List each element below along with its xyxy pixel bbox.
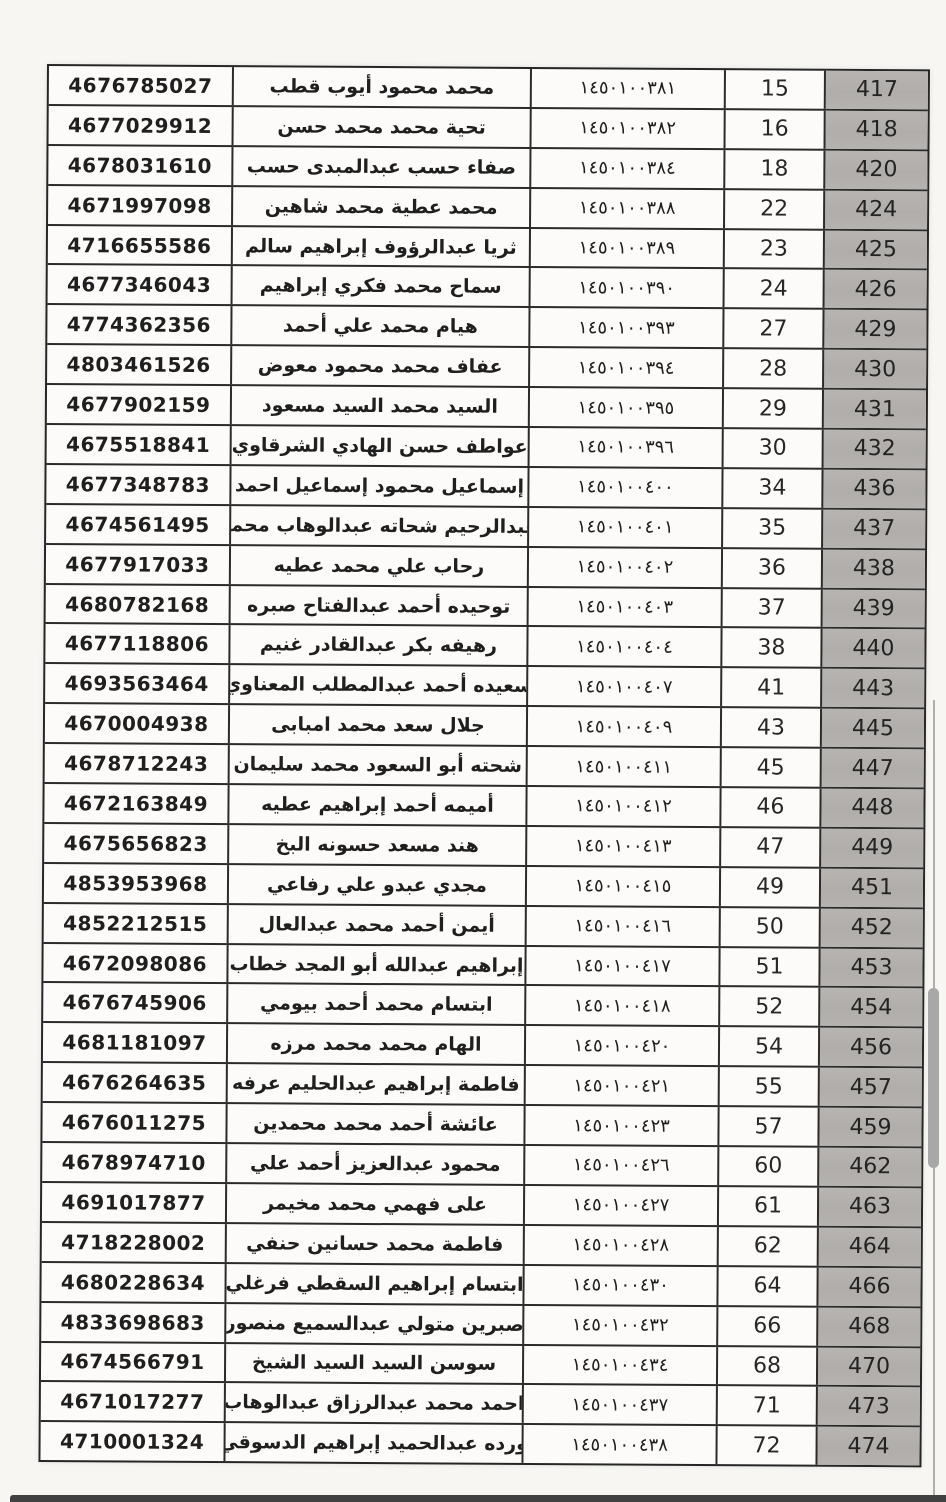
national-id-cell: 4674566791 <box>41 1342 224 1381</box>
name-cell: عبدالرحيم شحاته عبدالوهاب محمد <box>229 506 527 546</box>
sequence-number-cell: 66 <box>716 1307 816 1346</box>
sequence-number-cell: 55 <box>718 1067 818 1106</box>
sequence-number-cell: 60 <box>717 1147 817 1186</box>
table-row: 4670004938 جلال سعد محمد امبابى ١٤٥٠١٠٠٤… <box>45 704 924 749</box>
table-row: 4671017277 احمد محمد عبدالرزاق عبدالوهاب… <box>41 1382 920 1427</box>
roster-table: 4676785027 محمد محمود أيوب قطب ١٤٥٠١٠٠٣٨… <box>38 64 930 1467</box>
name-cell: هند مسعد حسونه البخ <box>227 825 525 865</box>
certificate-number-cell: ١٤٥٠١٠٠٣٩٤ <box>528 348 722 387</box>
sequence-number-cell: 36 <box>721 549 821 588</box>
serial-number-cell: 424 <box>823 190 927 229</box>
national-id-cell: 4852212515 <box>44 904 227 943</box>
table-row: 4774362356 هيام محمد علي أحمد ١٤٥٠١٠٠٣٩٣… <box>47 305 926 350</box>
table-row: 4710001324 ورده عبدالحميد إبراهيم الدسوق… <box>40 1422 919 1465</box>
sequence-number-cell: 64 <box>716 1267 816 1306</box>
sequence-number-cell: 47 <box>719 828 819 867</box>
name-cell: ابتسام إبراهيم السقطي فرغلي <box>224 1264 522 1304</box>
table-row: 4676745906 ابتسام محمد أحمد بيومي ١٤٥٠١٠… <box>43 983 922 1028</box>
national-id-cell: 4677348783 <box>46 465 229 504</box>
certificate-number-cell: ١٤٥٠١٠٠٤٣٤ <box>522 1345 716 1384</box>
serial-number-cell: 438 <box>821 549 925 588</box>
national-id-cell: 4693563464 <box>45 664 228 703</box>
serial-number-cell: 418 <box>823 111 927 150</box>
national-id-cell: 4676785027 <box>49 66 232 105</box>
serial-number-cell: 473 <box>816 1387 920 1426</box>
name-cell: شحته أبو السعود محمد سليمان <box>228 745 526 785</box>
table-row: 4674561495 عبدالرحيم شحاته عبدالوهاب محم… <box>46 505 925 550</box>
certificate-number-cell: ١٤٥٠١٠٠٤٠٩ <box>526 707 720 746</box>
sequence-number-cell: 43 <box>720 708 820 747</box>
sequence-number-cell: 28 <box>722 349 822 388</box>
table-row: 4680782168 توحيده أحمد عبدالفتاح صبره ١٤… <box>46 585 925 630</box>
sequence-number-cell: 22 <box>723 190 823 229</box>
name-cell: السيد محمد السيد مسعود <box>230 386 528 426</box>
name-cell: رهيفه بكر عبدالقادر غنيم <box>228 626 526 666</box>
national-id-cell: 4803461526 <box>47 345 230 384</box>
table-row: 4680228634 ابتسام إبراهيم السقطي فرغلي ١… <box>41 1263 920 1308</box>
national-id-cell: 4675656823 <box>44 824 227 863</box>
certificate-number-cell: ١٤٥٠١٠٠٣٩٣ <box>528 308 722 347</box>
table-row: 4676785027 محمد محمود أيوب قطب ١٤٥٠١٠٠٣٨… <box>49 66 928 111</box>
table-row: 4691017877 على فهمي محمد مخيمر ١٤٥٠١٠٠٤٢… <box>42 1183 921 1228</box>
serial-number-cell: 470 <box>816 1347 920 1386</box>
serial-number-cell: 468 <box>816 1307 920 1346</box>
national-id-cell: 4833698683 <box>41 1303 224 1342</box>
name-cell: مجدي عبدو علي رفاعي <box>227 865 525 905</box>
national-id-cell: 4676745906 <box>43 983 226 1022</box>
serial-number-cell: 445 <box>820 709 924 748</box>
table-row: 4672098086 إبراهيم عبدالله أبو المجد خطا… <box>43 944 922 989</box>
serial-number-cell: 466 <box>816 1267 920 1306</box>
name-cell: عائشة أحمد محمد محمدين <box>225 1104 523 1144</box>
sequence-number-cell: 15 <box>724 70 824 109</box>
serial-number-cell: 459 <box>817 1108 921 1147</box>
name-cell: على فهمي محمد مخيمر <box>225 1184 523 1224</box>
certificate-number-cell: ١٤٥٠١٠٠٣٩٠ <box>529 268 723 307</box>
certificate-number-cell: ١٤٥٠١٠٠٤٠٤ <box>526 627 720 666</box>
certificate-number-cell: ١٤٥٠١٠٠٤٢٨ <box>523 1226 717 1265</box>
certificate-number-cell: ١٤٥٠١٠٠٤٠٧ <box>526 667 720 706</box>
serial-number-cell: 448 <box>819 789 923 828</box>
national-id-cell: 4676011275 <box>42 1103 225 1142</box>
table-row: 4675518841 عواطف حسن الهادي الشرقاوي ١٤٥… <box>47 425 926 470</box>
sequence-number-cell: 38 <box>720 629 820 668</box>
certificate-number-cell: ١٤٥٠١٠٠٣٨٩ <box>529 229 723 268</box>
national-id-cell: 4677118806 <box>45 624 228 663</box>
certificate-number-cell: ١٤٥٠١٠٠٤٢٦ <box>523 1146 717 1185</box>
serial-number-cell: 462 <box>817 1148 921 1187</box>
name-cell: محمد عطية محمد شاهين <box>231 187 529 227</box>
serial-number-cell: 425 <box>823 230 927 269</box>
table-row: 4677917033 رحاب علي محمد عطيه ١٤٥٠١٠٠٤٠٢… <box>46 545 925 590</box>
table-row: 4675656823 هند مسعد حسونه البخ ١٤٥٠١٠٠٤١… <box>44 824 923 869</box>
name-cell: ورده عبدالحميد إبراهيم الدسوقي <box>223 1423 521 1463</box>
certificate-number-cell: ١٤٥٠١٠٠٤٠١ <box>527 508 721 547</box>
serial-number-cell: 437 <box>821 510 925 549</box>
name-cell: توحيده أحمد عبدالفتاح صبره <box>229 586 527 626</box>
sequence-number-cell: 62 <box>717 1227 817 1266</box>
national-id-cell: 4677902159 <box>47 385 230 424</box>
serial-number-cell: 454 <box>818 988 922 1027</box>
serial-number-cell: 417 <box>824 71 928 110</box>
national-id-cell: 4774362356 <box>47 305 230 344</box>
name-cell: هيام محمد علي أحمد <box>230 306 528 346</box>
national-id-cell: 4672163849 <box>44 784 227 823</box>
serial-number-cell: 440 <box>820 629 924 668</box>
name-cell: فاطمة إبراهيم عبدالحليم عرفه <box>226 1064 524 1104</box>
sequence-number-cell: 72 <box>715 1426 815 1465</box>
serial-number-cell: 451 <box>819 869 923 908</box>
serial-number-cell: 474 <box>815 1427 919 1466</box>
sequence-number-cell: 51 <box>718 948 818 987</box>
national-id-cell: 4680782168 <box>46 585 229 624</box>
certificate-number-cell: ١٤٥٠١٠٠٤٠٠ <box>527 468 721 507</box>
name-cell: إسماعيل محمود إسماعيل احمد <box>229 466 527 506</box>
sequence-number-cell: 57 <box>717 1107 817 1146</box>
table-row: 4678712243 شحته أبو السعود محمد سليمان ١… <box>45 744 924 789</box>
national-id-cell: 4691017877 <box>42 1183 225 1222</box>
table-row: 4718228002 فاطمة محمد حسانين حنفي ١٤٥٠١٠… <box>42 1223 921 1268</box>
sequence-number-cell: 45 <box>720 748 820 787</box>
name-cell: تحية محمد محمد حسن <box>232 107 530 147</box>
sequence-number-cell: 54 <box>718 1027 818 1066</box>
certificate-number-cell: ١٤٥٠١٠٠٤٠٢ <box>527 548 721 587</box>
table-row: 4677348783 إسماعيل محمود إسماعيل احمد ١٤… <box>46 465 925 510</box>
certificate-number-cell: ١٤٥٠١٠٠٤٣٨ <box>521 1425 715 1464</box>
sequence-number-cell: 50 <box>719 908 819 947</box>
sequence-number-cell: 29 <box>722 389 822 428</box>
name-cell: أيمن أحمد محمد عبدالعال <box>227 905 525 945</box>
national-id-cell: 4677346043 <box>48 265 231 304</box>
serial-number-cell: 463 <box>817 1188 921 1227</box>
name-cell: صبرين متولي عبدالسميع منصور <box>224 1304 522 1344</box>
table-row: 4671997098 محمد عطية محمد شاهين ١٤٥٠١٠٠٣… <box>48 186 927 231</box>
name-cell: ثريا عبدالرؤوف إبراهيم سالم <box>231 227 529 267</box>
certificate-number-cell: ١٤٥٠١٠٠٤٣٠ <box>522 1266 716 1305</box>
serial-number-cell: 456 <box>818 1028 922 1067</box>
national-id-cell: 4677029912 <box>49 106 232 145</box>
table-row: 4677346043 سماح محمد فكري إبراهيم ١٤٥٠١٠… <box>48 265 927 310</box>
name-cell: عفاف محمد محمود معوض <box>230 346 528 386</box>
certificate-number-cell: ١٤٥٠١٠٠٤٢٠ <box>524 1026 718 1065</box>
name-cell: ابتسام محمد أحمد بيومي <box>226 985 524 1025</box>
serial-number-cell: 464 <box>817 1228 921 1267</box>
sequence-number-cell: 68 <box>716 1347 816 1386</box>
name-cell: رحاب علي محمد عطيه <box>229 546 527 586</box>
serial-number-cell: 429 <box>822 310 926 349</box>
serial-number-cell: 426 <box>823 270 927 309</box>
table-row: 4681181097 الهام محمد محمد مرزه ١٤٥٠١٠٠٤… <box>43 1023 922 1068</box>
scrollbar-thumb[interactable] <box>928 988 939 1168</box>
table-row: 4677902159 السيد محمد السيد مسعود ١٤٥٠١٠… <box>47 385 926 430</box>
name-cell: فاطمة محمد حسانين حنفي <box>225 1224 523 1264</box>
serial-number-cell: 431 <box>822 390 926 429</box>
table-row: 4676011275 عائشة أحمد محمد محمدين ١٤٥٠١٠… <box>42 1103 921 1148</box>
sequence-number-cell: 71 <box>716 1387 816 1426</box>
serial-number-cell: 432 <box>822 430 926 469</box>
certificate-number-cell: ١٤٥٠١٠٠٤١٥ <box>525 867 719 906</box>
table-row: 4677029912 تحية محمد محمد حسن ١٤٥٠١٠٠٣٨٢… <box>49 106 928 151</box>
certificate-number-cell: ١٤٥٠١٠٠٣٨٤ <box>529 149 723 188</box>
certificate-number-cell: ١٤٥٠١٠٠٤١١ <box>526 747 720 786</box>
name-cell: سماح محمد فكري إبراهيم <box>231 267 529 307</box>
certificate-number-cell: ١٤٥٠١٠٠٣٨٢ <box>530 109 724 148</box>
serial-number-cell: 449 <box>819 829 923 868</box>
certificate-number-cell: ١٤٥٠١٠٠٣٩٥ <box>528 388 722 427</box>
serial-number-cell: 457 <box>818 1068 922 1107</box>
national-id-cell: 4672098086 <box>43 944 226 983</box>
certificate-number-cell: ١٤٥٠١٠٠٣٩٦ <box>528 428 722 467</box>
national-id-cell: 4710001324 <box>40 1422 223 1461</box>
table-row: 4677118806 رهيفه بكر عبدالقادر غنيم ١٤٥٠… <box>45 624 924 669</box>
national-id-cell: 4681181097 <box>43 1023 226 1062</box>
sequence-number-cell: 24 <box>723 270 823 309</box>
certificate-number-cell: ١٤٥٠١٠٠٤٠٣ <box>527 588 721 627</box>
serial-number-cell: 443 <box>820 669 924 708</box>
certificate-number-cell: ١٤٥٠١٠٠٤١٨ <box>524 986 718 1025</box>
table-row: 4674566791 سوسن السيد السيد الشيخ ١٤٥٠١٠… <box>41 1342 920 1387</box>
serial-number-cell: 420 <box>823 151 927 190</box>
table-row: 4676264635 فاطمة إبراهيم عبدالحليم عرفه … <box>43 1063 922 1108</box>
certificate-number-cell: ١٤٥٠١٠٠٤٢٣ <box>523 1106 717 1145</box>
serial-number-cell: 453 <box>818 948 922 987</box>
table-row: 4678974710 محمود عبدالعزيز أحمد علي ١٤٥٠… <box>42 1143 921 1188</box>
certificate-number-cell: ١٤٥٠١٠٠٤٣٢ <box>522 1306 716 1345</box>
sequence-number-cell: 23 <box>723 230 823 269</box>
certificate-number-cell: ١٤٥٠١٠٠٣٨١ <box>530 69 724 108</box>
name-cell: أميمه أحمد إبراهيم عطيه <box>227 785 525 825</box>
national-id-cell: 4677917033 <box>46 545 229 584</box>
name-cell: احمد محمد عبدالرزاق عبدالوهاب <box>224 1383 522 1423</box>
name-cell: سوسن السيد السيد الشيخ <box>224 1344 522 1384</box>
sequence-number-cell: 16 <box>724 110 824 149</box>
certificate-number-cell: ١٤٥٠١٠٠٤١٢ <box>525 787 719 826</box>
certificate-number-cell: ١٤٥٠١٠٠٣٨٨ <box>529 189 723 228</box>
table-row: 4672163849 أميمه أحمد إبراهيم عطيه ١٤٥٠١… <box>44 784 923 829</box>
name-cell: الهام محمد محمد مرزه <box>226 1024 524 1064</box>
national-id-cell: 4680228634 <box>41 1263 224 1302</box>
national-id-cell: 4853953968 <box>44 864 227 903</box>
sequence-number-cell: 34 <box>721 469 821 508</box>
name-cell: محمود عبدالعزيز أحمد علي <box>225 1144 523 1184</box>
sequence-number-cell: 52 <box>718 988 818 1027</box>
certificate-number-cell: ١٤٥٠١٠٠٤٣٧ <box>522 1385 716 1424</box>
sequence-number-cell: 61 <box>717 1187 817 1226</box>
name-cell: عواطف حسن الهادي الشرقاوي <box>230 426 528 466</box>
serial-number-cell: 436 <box>821 470 925 509</box>
serial-number-cell: 430 <box>822 350 926 389</box>
serial-number-cell: 447 <box>820 749 924 788</box>
national-id-cell: 4716655586 <box>48 226 231 265</box>
certificate-number-cell: ١٤٥٠١٠٠٤٢٧ <box>523 1186 717 1225</box>
national-id-cell: 4671017277 <box>41 1382 224 1421</box>
serial-number-cell: 452 <box>819 908 923 947</box>
scanned-roster-page: 4676785027 محمد محمود أيوب قطب ١٤٥٠١٠٠٣٨… <box>0 0 946 1502</box>
national-id-cell: 4674561495 <box>46 505 229 544</box>
table-row: 4678031610 صفاء حسب عبدالمبدى حسب ١٤٥٠١٠… <box>48 146 927 191</box>
table-row: 4852212515 أيمن أحمد محمد عبدالعال ١٤٥٠١… <box>44 904 923 949</box>
certificate-number-cell: ١٤٥٠١٠٠٤١٣ <box>525 827 719 866</box>
national-id-cell: 4675518841 <box>47 425 230 464</box>
national-id-cell: 4678031610 <box>48 146 231 185</box>
serial-number-cell: 439 <box>821 589 925 628</box>
national-id-cell: 4718228002 <box>42 1223 225 1262</box>
name-cell: سعيده أحمد عبدالمطلب المعناوي <box>228 665 526 705</box>
national-id-cell: 4670004938 <box>45 704 228 743</box>
sequence-number-cell: 37 <box>721 589 821 628</box>
national-id-cell: 4678974710 <box>42 1143 225 1182</box>
table-row: 4853953968 مجدي عبدو علي رفاعي ١٤٥٠١٠٠٤١… <box>44 864 923 909</box>
sequence-number-cell: 49 <box>719 868 819 907</box>
table-row: 4716655586 ثريا عبدالرؤوف إبراهيم سالم ١… <box>48 226 927 271</box>
sequence-number-cell: 41 <box>720 668 820 707</box>
certificate-number-cell: ١٤٥٠١٠٠٤١٧ <box>524 947 718 986</box>
sequence-number-cell: 35 <box>721 509 821 548</box>
sequence-number-cell: 46 <box>719 788 819 827</box>
certificate-number-cell: ١٤٥٠١٠٠٤٢١ <box>524 1066 718 1105</box>
name-cell: صفاء حسب عبدالمبدى حسب <box>231 147 529 187</box>
table-row: 4803461526 عفاف محمد محمود معوض ١٤٥٠١٠٠٣… <box>47 345 926 390</box>
name-cell: جلال سعد محمد امبابى <box>228 705 526 745</box>
table-row: 4693563464 سعيده أحمد عبدالمطلب المعناوي… <box>45 664 924 709</box>
certificate-number-cell: ١٤٥٠١٠٠٤١٦ <box>525 907 719 946</box>
national-id-cell: 4676264635 <box>43 1063 226 1102</box>
table-row: 4833698683 صبرين متولي عبدالسميع منصور ١… <box>41 1303 920 1348</box>
sequence-number-cell: 30 <box>722 429 822 468</box>
national-id-cell: 4678712243 <box>45 744 228 783</box>
name-cell: إبراهيم عبدالله أبو المجد خطاب <box>226 945 524 985</box>
sequence-number-cell: 18 <box>723 150 823 189</box>
sequence-number-cell: 27 <box>722 309 822 348</box>
national-id-cell: 4671997098 <box>48 186 231 225</box>
bottom-bar <box>10 1495 946 1502</box>
name-cell: محمد محمود أيوب قطب <box>232 67 530 107</box>
